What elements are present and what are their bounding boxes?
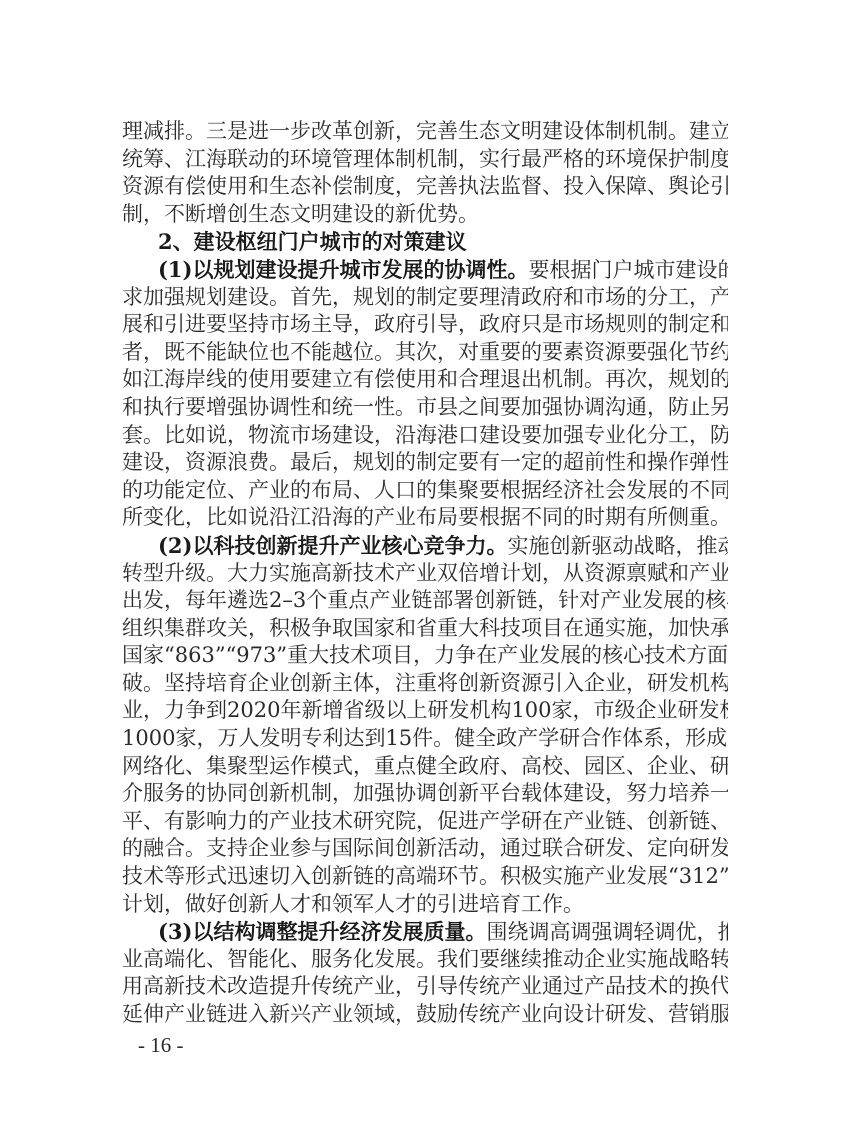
page-number: - 16 - xyxy=(138,1031,184,1059)
section-heading: 2、建设枢纽门户城市的对策建议 xyxy=(122,228,728,256)
text-line: 资源有偿使用和生态补偿制度，完善执法监督、投入保障、舆论引导等机 xyxy=(122,173,728,201)
text-line: 出发，每年遴选2–3个重点产业链部署创新链，针对产业发展的核心技术 xyxy=(122,587,728,615)
text-line: 1000家，万人发明专利达到15件。健全政产学研合作体系，形成开放式、 xyxy=(122,725,728,753)
text-line: 和执行要增强协调性和统一性。市县之间要加强协调沟通，防止另搞一 xyxy=(122,394,728,422)
text-line: 制，不断增创生态文明建设的新优势。 xyxy=(122,201,728,229)
text-line: 业，力争到2020年新增省级以上研发机构100家，市级企业研发机构突破 xyxy=(122,697,728,725)
text-line: 计划，做好创新人才和领军人才的引进培育工作。 xyxy=(122,891,728,919)
text-run: 围绕调高调强调轻调优，推动产 xyxy=(486,920,728,944)
text-line: 用高新技术改造提升传统产业，引导传统产业通过产品技术的换代升级、 xyxy=(122,973,728,1001)
subsection-title: (2)以科技创新提升产业核心竞争力。 xyxy=(158,533,507,558)
text-line: 者，既不能缺位也不能越位。其次，对重要的要素资源要强化节约使用， xyxy=(122,339,728,367)
subsection-title: (1)以规划建设提升城市发展的协调性。 xyxy=(158,257,528,282)
text-run: 要根据门户城市建设的要 xyxy=(528,258,728,282)
text-line: 国家“863”“973”重大技术项目，力争在产业发展的核心技术方面有所突 xyxy=(122,642,728,670)
text-line: 建设，资源浪费。最后，规划的制定要有一定的超前性和操作弹性。城市 xyxy=(122,449,728,477)
text-line: 转型升级。大力实施高新技术产业双倍增计划，从资源禀赋和产业基础 xyxy=(122,560,728,588)
text-line: 介服务的协同创新机制，加强协调创新平台载体建设，努力培养一批高水 xyxy=(122,780,728,808)
text-line: 业高端化、智能化、服务化发展。我们要继续推动企业实施战略转型，运 xyxy=(122,946,728,974)
text-line: 展和引进要坚持市场主导，政府引导，政府只是市场规则的制定和监管 xyxy=(122,311,728,339)
text-line: 套。比如说，物流市场建设，沿海港口建设要加强专业化分工，防止重复 xyxy=(122,422,728,450)
text-line: 平、有影响力的产业技术研究院，促进产学研在产业链、创新链、资金链上 xyxy=(122,808,728,836)
text-line: 的功能定位、产业的布局、人口的集聚要根据经济社会发展的不同时期有 xyxy=(122,477,728,505)
text-line: 如江海岸线的使用要建立有偿使用和合理退出机制。再次，规划的制定 xyxy=(122,366,728,394)
subsection-title: (3)以结构调整提升经济发展质量。 xyxy=(158,919,486,944)
text-line: 所变化，比如说沿江沿海的产业布局要根据不同的时期有所侧重。 xyxy=(122,504,728,532)
text-line: 求加强规划建设。首先，规划的制定要理清政府和市场的分工，产业的发 xyxy=(122,284,728,312)
text-line: 网络化、集聚型运作模式，重点健全政府、高校、园区、企业、研究机构、中 xyxy=(122,753,728,781)
document-body: 理减排。三是进一步改革创新，完善生态文明建设体制机制。建立陆海 统筹、江海联动的… xyxy=(122,118,728,1029)
subsection-lead-line: (3)以结构调整提升经济发展质量。围绕调高调强调轻调优，推动产 xyxy=(122,918,728,946)
text-line: 理减排。三是进一步改革创新，完善生态文明建设体制机制。建立陆海 xyxy=(122,118,728,146)
text-line: 破。坚持培育企业创新主体，注重将创新资源引入企业，研发机构建在企 xyxy=(122,670,728,698)
text-line: 统筹、江海联动的环境管理体制机制，实行最严格的环境保护制度，建立 xyxy=(122,146,728,174)
text-line: 延伸产业链进入新兴产业领域，鼓励传统产业向设计研发、营销服务、品 xyxy=(122,1001,728,1029)
text-line: 组织集群攻关，积极争取国家和省重大科技项目在通实施，加快承接一批 xyxy=(122,615,728,643)
text-run: 实施创新驱动战略，推动产业 xyxy=(507,534,728,558)
text-line: 的融合。支持企业参与国际间创新活动，通过联合研发、定向研发、收购 xyxy=(122,835,728,863)
text-line: 技术等形式迅速切入创新链的高端环节。积极实施产业发展“312”行动 xyxy=(122,863,728,891)
subsection-lead-line: (2)以科技创新提升产业核心竞争力。实施创新驱动战略，推动产业 xyxy=(122,532,728,560)
subsection-lead-line: (1)以规划建设提升城市发展的协调性。要根据门户城市建设的要 xyxy=(122,256,728,284)
